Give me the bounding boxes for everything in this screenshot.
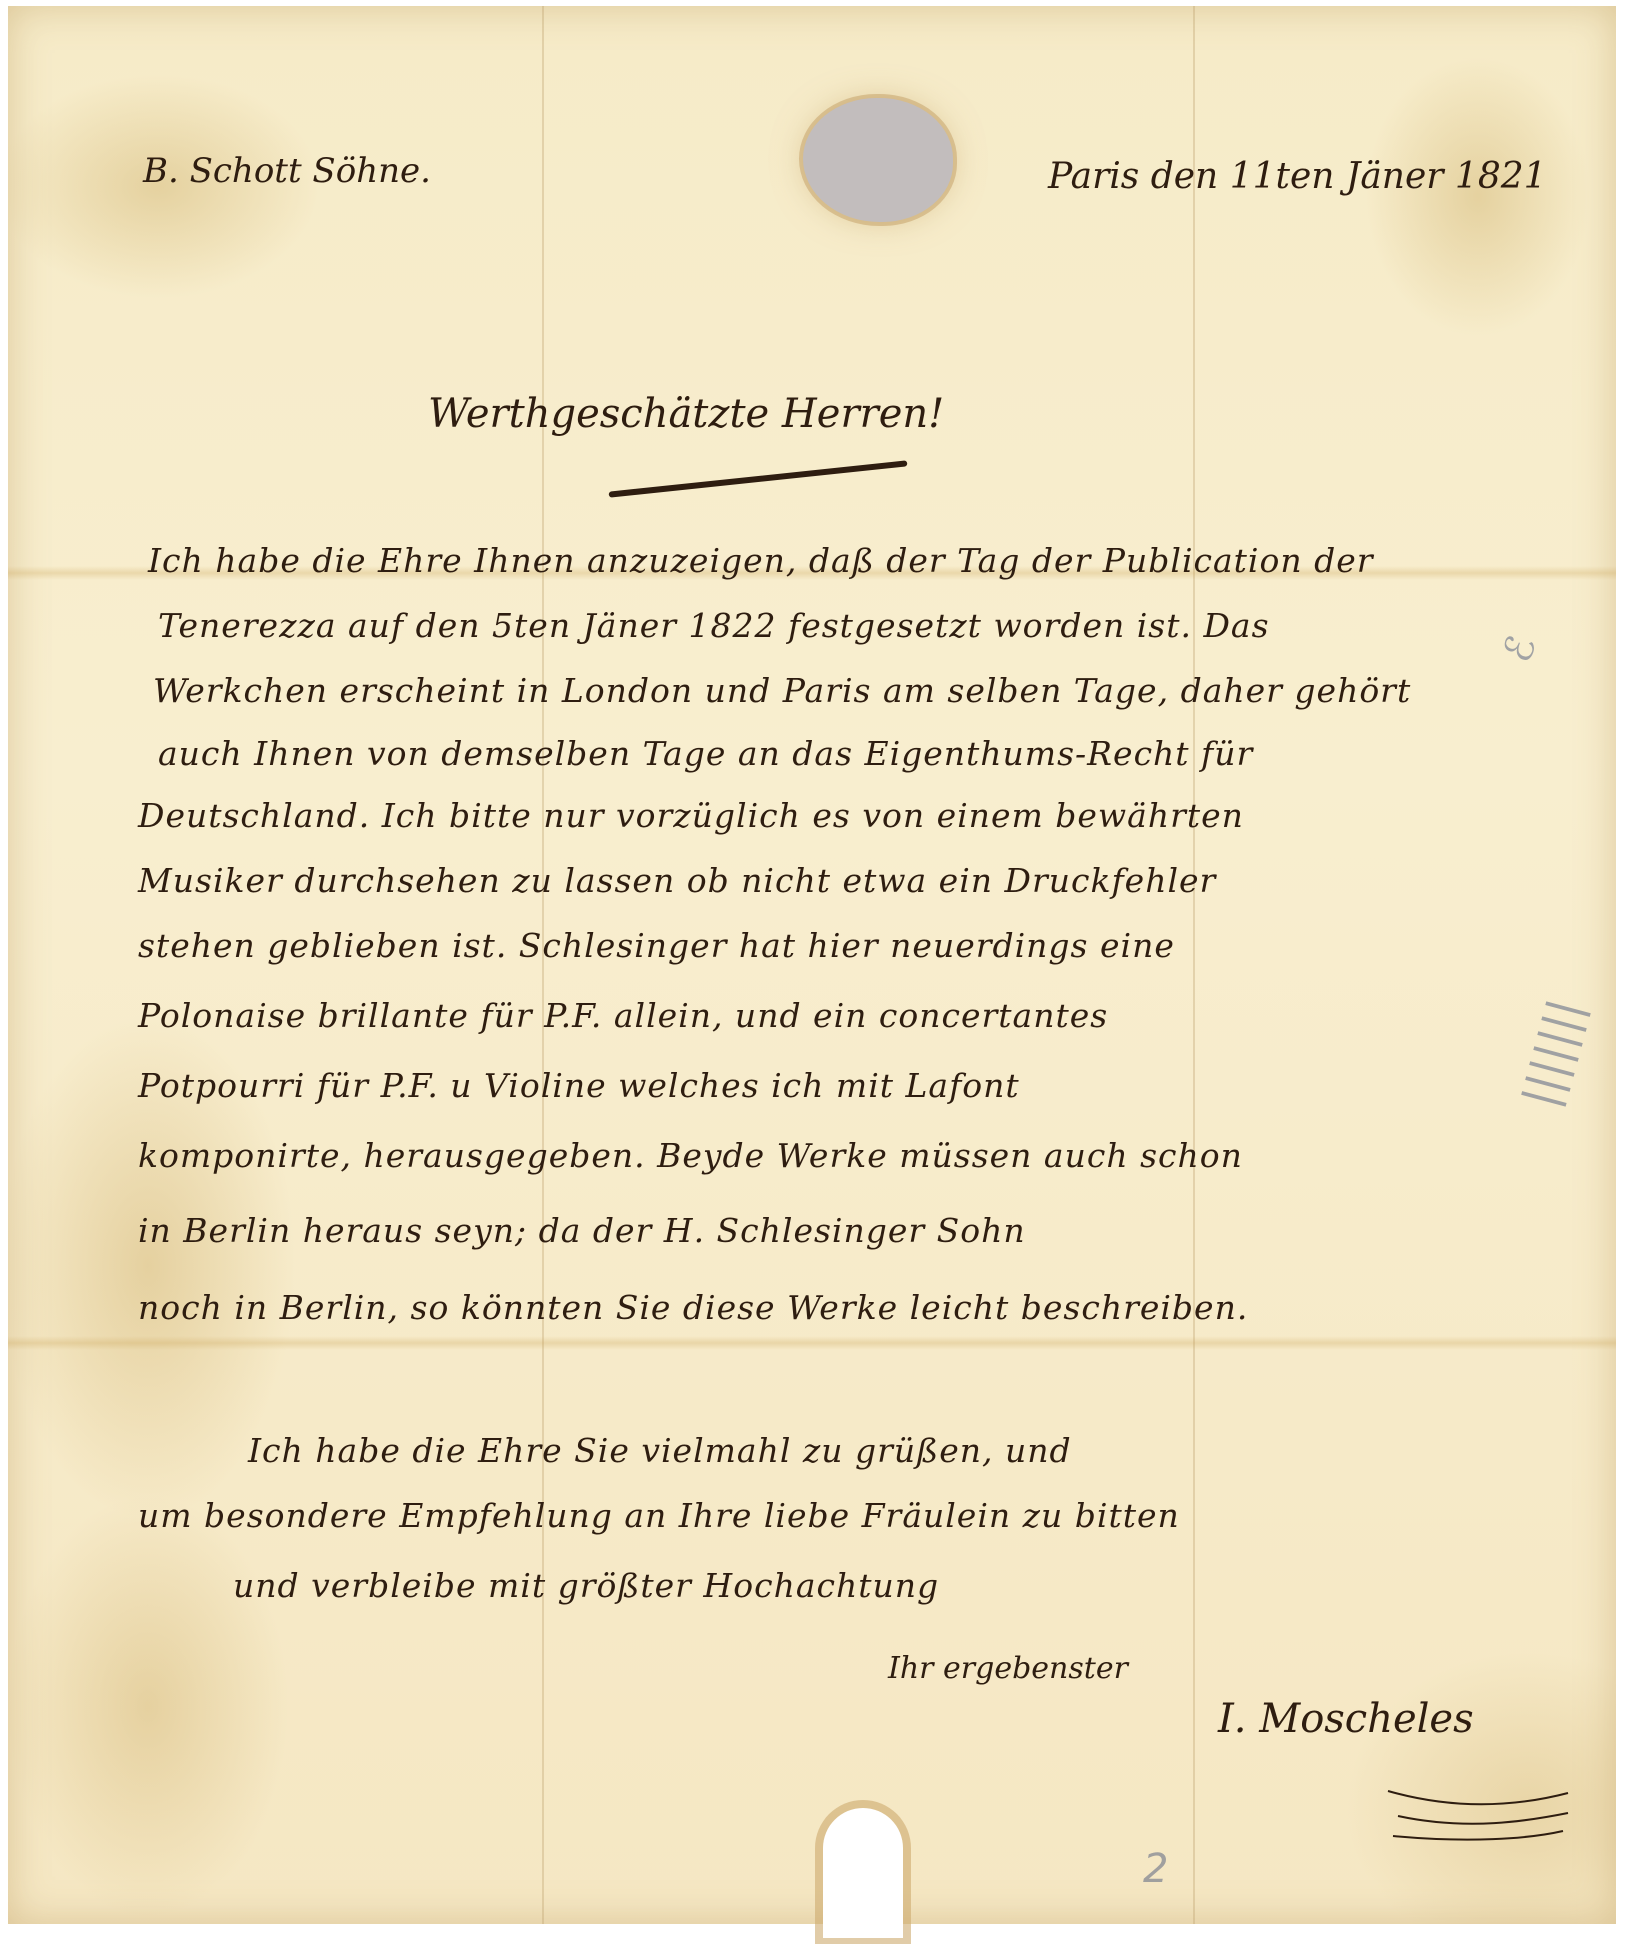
salutation: Werthgeschätzte Herren!	[428, 391, 944, 437]
letter-sheet: B. Schott Söhne. Paris den 11ten Jäner 1…	[8, 6, 1616, 1924]
signature: I. Moscheles	[1218, 1696, 1474, 1742]
fold-line-vertical	[542, 6, 544, 1924]
pencil-annotation: ℰ	[1494, 630, 1546, 668]
closing-line: Ich habe die Ehre Sie vielmahl zu grüßen…	[248, 1431, 1072, 1470]
pencil-annotation: |||||||	[1512, 994, 1592, 1113]
closing-line: und verbleibe mit größter Hochachtung	[233, 1566, 939, 1605]
body-line: Potpourri für P.F. u Violine welches ich…	[138, 1066, 1020, 1105]
body-line: in Berlin heraus seyn; da der H. Schlesi…	[138, 1211, 1026, 1250]
body-line: Polonaise brillante für P.F. allein, und…	[138, 996, 1108, 1035]
wax-seal-remnant	[803, 98, 953, 222]
torn-hole	[823, 1808, 903, 1938]
closing-line: um besondere Empfehlung an Ihre liebe Fr…	[138, 1496, 1180, 1535]
body-line: Musiker durchsehen zu lassen ob nicht et…	[138, 861, 1216, 900]
body-line: stehen geblieben ist. Schlesinger hat hi…	[138, 926, 1175, 965]
fold-line-vertical	[1193, 6, 1195, 1924]
body-line: auch Ihnen von demselben Tage an das Eig…	[158, 734, 1253, 773]
body-line: Tenerezza auf den 5ten Jäner 1822 festge…	[158, 606, 1270, 645]
place-date: Paris den 11ten Jäner 1821	[1048, 156, 1547, 197]
fold-line-horizontal	[8, 1336, 1616, 1350]
page-number-annotation: 2	[1143, 1846, 1168, 1892]
body-line: Ich habe die Ehre Ihnen anzuzeigen, daß …	[148, 541, 1374, 580]
flourish-stroke	[609, 460, 908, 497]
signature-flourish	[1378, 1781, 1578, 1851]
body-line: Werkchen erscheint in London und Paris a…	[153, 671, 1411, 710]
body-line: komponirte, herausgegeben. Beyde Werke m…	[138, 1136, 1243, 1175]
valediction: Ihr ergebenster	[888, 1651, 1128, 1686]
addressee: B. Schott Söhne.	[143, 151, 431, 191]
body-line: Deutschland. Ich bitte nur vorzüglich es…	[138, 796, 1244, 835]
body-line: noch in Berlin, so könnten Sie diese Wer…	[138, 1288, 1248, 1327]
